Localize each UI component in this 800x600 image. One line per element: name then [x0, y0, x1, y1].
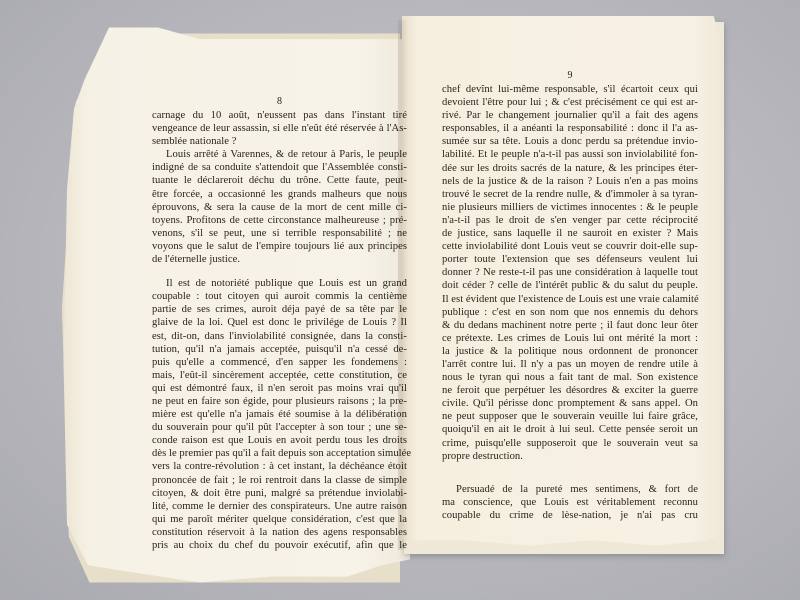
text-line: donner ? Ne reste-t-il pas une considéra… [442, 266, 698, 279]
text-line: éprouvons, & sera la cause de la mort de… [152, 201, 407, 214]
text-line: Persuadé de la pureté mes sentimens, & f… [442, 483, 698, 496]
left-page-text: 8 carnage du 10 août, n'eussent pas dans… [152, 96, 407, 552]
text-line: tution, qu'il n'a jamais acceptée, puisq… [152, 343, 407, 356]
text-line: devoient l'être pour lui ; & c'est préci… [442, 96, 698, 109]
text-line: nie plusieurs milliers de victimes innoc… [442, 201, 698, 214]
page-number-left: 8 [152, 96, 407, 108]
text-line: glaive de la loi. Quel est donc le privi… [152, 316, 407, 329]
text-line: prononcée de fait ; le roi rentroit dans… [152, 474, 407, 487]
text-line: coupable : tout citoyen qui auroit commi… [152, 290, 407, 303]
text-line: vers la contre-révolution : à cet instan… [152, 460, 407, 473]
text-line: publique : c'est en son nom que nos enne… [442, 306, 698, 319]
text-line: Il est de notoriété publique que Louis e… [152, 277, 407, 290]
text-line: puis qu'elle a commencé, d'en sapper les… [152, 356, 407, 369]
text-line: conde raison est que Louis en avoit perd… [152, 434, 407, 447]
text-line: nous le tyran qui nous a fait tant de ma… [442, 371, 698, 384]
text-line: du souverain pour qu'il pût l'accepter à… [152, 421, 407, 434]
text-line: carnage du 10 août, n'eussent pas dans l… [152, 109, 407, 122]
text-line: coupable du crime de lèse-nation, je n'a… [442, 509, 698, 522]
text-line: qui est démontré faux, il n'en seroit pa… [152, 382, 407, 395]
text-line: être forcée, a occasionné les grands mal… [152, 188, 407, 201]
text-line: semblée nationale ? [152, 135, 407, 148]
text-line: lité, comme le dernier des conspirateurs… [152, 500, 407, 513]
text-line: tuante le déclareroit déchu du trône. Ce… [152, 174, 407, 187]
text-line: civile. Qu'il périsse donc promptement &… [442, 397, 698, 410]
text-line: Louis arrêté à Varennes, & de retour à P… [152, 148, 407, 161]
text-line: ne peut en faire son égide, pour plusieu… [152, 395, 407, 408]
text-line: de justice, sans laquelle il ne sauroit … [442, 227, 698, 240]
text-line: toyens. Profitons de cette circonstance … [152, 214, 407, 227]
text-line: porter toute l'extension que ses défense… [442, 253, 698, 266]
text-line: sumée sur sa tête. Louis a donc perdu sa… [442, 135, 698, 148]
text-line: est, dit-on, dans l'inviolabilité consig… [152, 330, 407, 343]
text-line: venons, s'il se peut, une si terrible re… [152, 227, 407, 240]
text-line: n'a-t-il pas le droit de s'en venger par… [442, 214, 698, 227]
text-line: propre destruction. [442, 450, 698, 463]
right-page-lines: chef devînt lui-même responsable, s'il é… [442, 83, 698, 522]
text-line: ce prétexte. Les crimes de Louis lui ont… [442, 332, 698, 345]
text-line: mière est qu'elle n'a jamais été soumise… [152, 408, 407, 421]
text-line: vengeance de leur assassin, si elle n'eû… [152, 122, 407, 135]
text-line: labilité. Et le peuple n'a-t-il pas auss… [442, 148, 698, 161]
page-number-right: 9 [442, 70, 698, 82]
text-line: doit céder ? celle de l'intérêt public &… [442, 279, 698, 292]
text-line: trouvé le secret de la rendre nulle, & d… [442, 188, 698, 201]
text-line: de l'éternelle justice. [152, 253, 407, 266]
text-line: cette inviolabilité dont Louis veut se c… [442, 240, 698, 253]
text-line: ma conscience, que Louis est véritableme… [442, 496, 698, 509]
text-line: indigné de sa conduite s'attendoit que l… [152, 161, 407, 174]
text-line: ne peut supposer que le souverain veuill… [442, 410, 698, 423]
text-line: partie de ses crimes, auroit déja payé d… [152, 303, 407, 316]
text-line: citoyen, & doit être puni, malgré sa pré… [152, 487, 407, 500]
text-line: chef devînt lui-même responsable, s'il é… [442, 83, 698, 96]
text-line: pris au choix du chef du pouvoir exécuti… [152, 539, 407, 552]
text-line: nels de la justice & de la raison ? Loui… [442, 175, 698, 188]
text-line: dès le premier pas qu'il a fait depuis s… [152, 447, 407, 460]
text-line: qui me paroît mériter quelque considérat… [152, 513, 407, 526]
right-page-text: 9 chef devînt lui-même responsable, s'il… [442, 70, 698, 522]
text-line: quoiqu'il en ait le droit à lui seul. Ce… [442, 423, 698, 436]
text-line: crime, puisqu'elle supposeroit que le so… [442, 437, 698, 450]
text-line: rivé. Par le changement journalier qu'il… [442, 109, 698, 122]
text-line: la justice & la politique nous ordonnent… [442, 345, 698, 358]
left-page-lines: carnage du 10 août, n'eussent pas dans l… [152, 109, 407, 552]
text-line: voyons que le salut de l'empire toujours… [152, 240, 407, 253]
text-line: responsables, il a anéanti la responsabi… [442, 122, 698, 135]
text-line: constitution réservoit à la nation des a… [152, 526, 407, 539]
text-line: mais, l'eût-il sincèrement acceptée, cet… [152, 369, 407, 382]
text-line: dée sur les droits sacrés de la nature, … [442, 162, 698, 175]
text-line: Il est évident que l'existence de Louis … [442, 293, 698, 306]
text-line: ne feroit que perpétuer les désordres & … [442, 384, 698, 397]
text-line: l'arrêt contre lui. Il n'y a pas un moye… [442, 358, 698, 371]
text-line: & du dedans machinent notre perte ; il f… [442, 319, 698, 332]
